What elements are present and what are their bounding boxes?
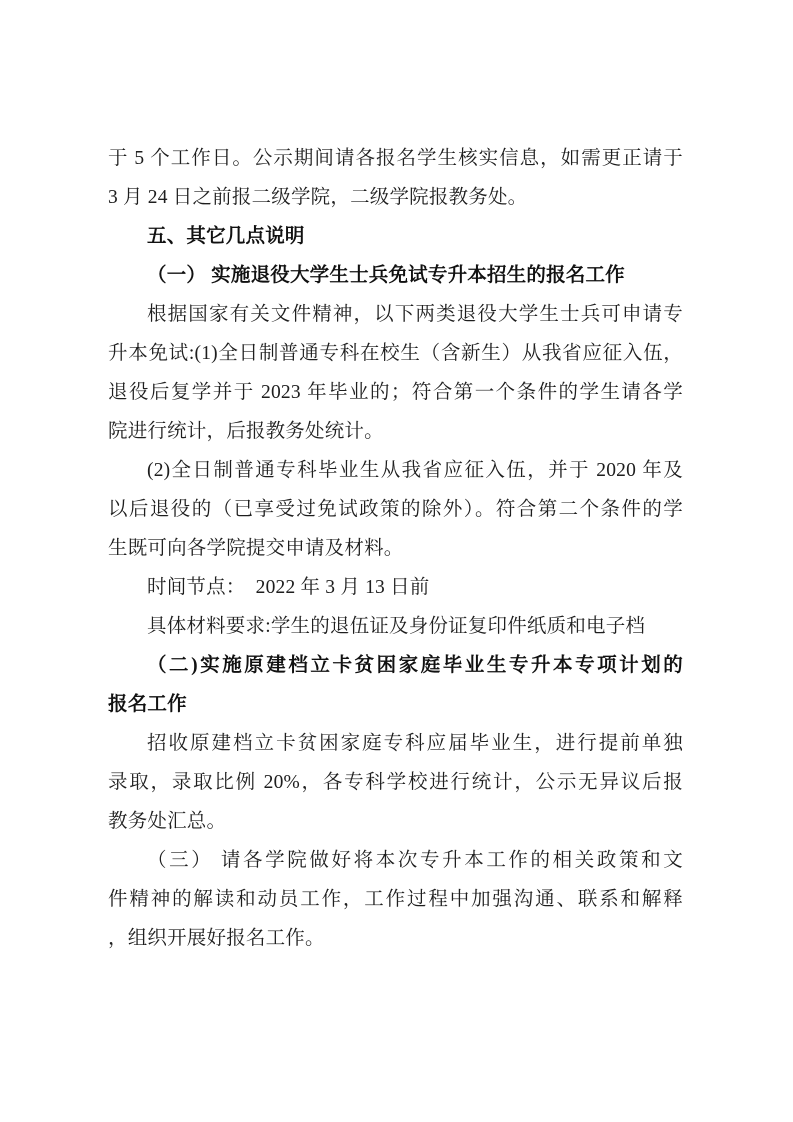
text-line: 升本免试:(1)全日制普通专科在校生（含新生）从我省应征入伍， xyxy=(108,334,683,373)
text-line: 退役后复学并于 2023 年毕业的；符合第一个条件的学生请各学 xyxy=(108,373,683,412)
heading-item-two: （二)实施原建档立卡贫困家庭毕业生专升本专项计划的报名工作 xyxy=(108,646,683,724)
text-line: ，组织开展好报名工作。 xyxy=(108,919,683,958)
para-item-three: （三） 请各学院做好将本次专升本工作的相关政策和文件精神的解读和动员工作，工作过… xyxy=(108,841,683,958)
para-condition-two: (2)全日制普通专科毕业生从我省应征入伍，并于 2020 年及以后退役的（已享受… xyxy=(108,451,683,568)
heading-item-one: （一） 实施退役大学生士兵免试专升本招生的报名工作 xyxy=(108,256,683,295)
text-line: 于 5 个工作日。公示期间请各报名学生核实信息，如需更正请于 xyxy=(108,139,683,178)
text-line: 招收原建档立卡贫困家庭专科应届毕业生，进行提前单独 xyxy=(108,724,683,763)
text-line: 件精神的解读和动员工作，工作过程中加强沟通、联系和解释 xyxy=(108,880,683,919)
para-exemption-rules: 根据国家有关文件精神，以下两类退役大学生士兵可申请专升本免试:(1)全日制普通专… xyxy=(108,295,683,451)
text-line: 院进行统计，后报教务处统计。 xyxy=(108,412,683,451)
document-body: 于 5 个工作日。公示期间请各报名学生核实信息，如需更正请于3 月 24 日之前… xyxy=(108,139,683,958)
text-line: 五、其它几点说明 xyxy=(108,217,683,256)
text-line: 生既可向各学院提交申请及材料。 xyxy=(108,529,683,568)
text-line: 3 月 24 日之前报二级学院，二级学院报教务处。 xyxy=(108,178,683,217)
para-publicity-notice: 于 5 个工作日。公示期间请各报名学生核实信息，如需更正请于3 月 24 日之前… xyxy=(108,139,683,217)
text-line: 时间节点： 2022 年 3 月 13 日前 xyxy=(108,568,683,607)
para-time-node: 时间节点： 2022 年 3 月 13 日前 xyxy=(108,568,683,607)
text-line: （一） 实施退役大学生士兵免试专升本招生的报名工作 xyxy=(108,256,683,295)
text-line: 教务处汇总。 xyxy=(108,802,683,841)
text-line: （三） 请各学院做好将本次专升本工作的相关政策和文 xyxy=(108,841,683,880)
text-line: 根据国家有关文件精神，以下两类退役大学生士兵可申请专 xyxy=(108,295,683,334)
text-line: 录取，录取比例 20%，各专科学校进行统计，公示无异议后报 xyxy=(108,763,683,802)
heading-section-five: 五、其它几点说明 xyxy=(108,217,683,256)
text-line: (2)全日制普通专科毕业生从我省应征入伍，并于 2020 年及 xyxy=(108,451,683,490)
text-line: （二)实施原建档立卡贫困家庭毕业生专升本专项计划的 xyxy=(108,646,683,685)
document-page: 于 5 个工作日。公示期间请各报名学生核实信息，如需更正请于3 月 24 日之前… xyxy=(0,0,793,1122)
text-line: 报名工作 xyxy=(108,685,683,724)
text-line: 具体材料要求:学生的退伍证及身份证复印件纸质和电子档 xyxy=(108,607,683,646)
para-material-requirements: 具体材料要求:学生的退伍证及身份证复印件纸质和电子档 xyxy=(108,607,683,646)
text-line: 以后退役的（已享受过免试政策的除外）。符合第二个条件的学 xyxy=(108,490,683,529)
para-poverty-program: 招收原建档立卡贫困家庭专科应届毕业生，进行提前单独录取，录取比例 20%，各专科… xyxy=(108,724,683,841)
